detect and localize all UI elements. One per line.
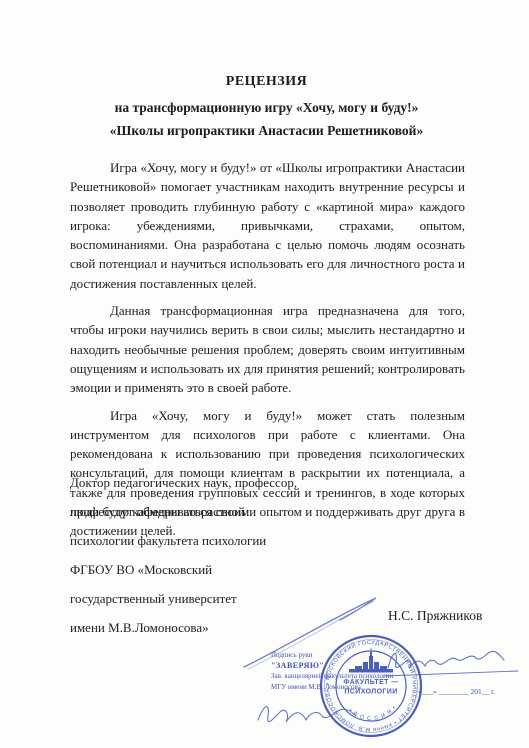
- document-title: РЕЦЕНЗИЯ: [70, 74, 463, 90]
- credential-line-5: государственный университет: [70, 584, 370, 613]
- certification-date-line: «___» ________ 201__ г.: [418, 687, 495, 696]
- review-document-page: РЕЦЕНЗИЯ на трансформационную игру «Хочу…: [0, 0, 529, 748]
- signer-name: Н.С. Пряжников: [388, 608, 482, 624]
- paragraph-2: Данная трансформационная игра предназнач…: [70, 301, 465, 397]
- stamp-bottom-text: • Р О С С И Я •: [347, 705, 398, 723]
- document-subtitle-line2: «Школы игропрактики Анастасии Решетников…: [70, 123, 463, 138]
- stamp-center-line2: ПСИХОЛОГИИ: [344, 689, 397, 696]
- credential-line-2: профессор кафедры возрастной: [70, 497, 370, 526]
- title-block: РЕЦЕНЗИЯ на трансформационную игру «Хочу…: [70, 74, 463, 146]
- university-round-stamp: • МОСКОВСКИЙ ГОСУДАРСТВЕННЫЙ УНИВЕРСИТЕТ…: [316, 631, 426, 743]
- credential-line-1: Доктор педагогических наук, профессор,: [70, 468, 370, 497]
- stamp-center-line1: ФАКУЛЬТЕТ —: [343, 679, 398, 686]
- document-subtitle-line1: на трансформационную игру «Хочу, могу и …: [70, 100, 463, 115]
- signature-credentials-block: Доктор педагогических наук, профессор, п…: [70, 468, 370, 642]
- credential-line-4: ФГБОУ ВО «Московский: [70, 555, 370, 584]
- credential-line-3: психологии факультета психологии: [70, 526, 370, 555]
- paragraph-1: Игра «Хочу, могу и буду!» от «Школы игро…: [70, 158, 465, 293]
- university-building-icon: [349, 648, 393, 673]
